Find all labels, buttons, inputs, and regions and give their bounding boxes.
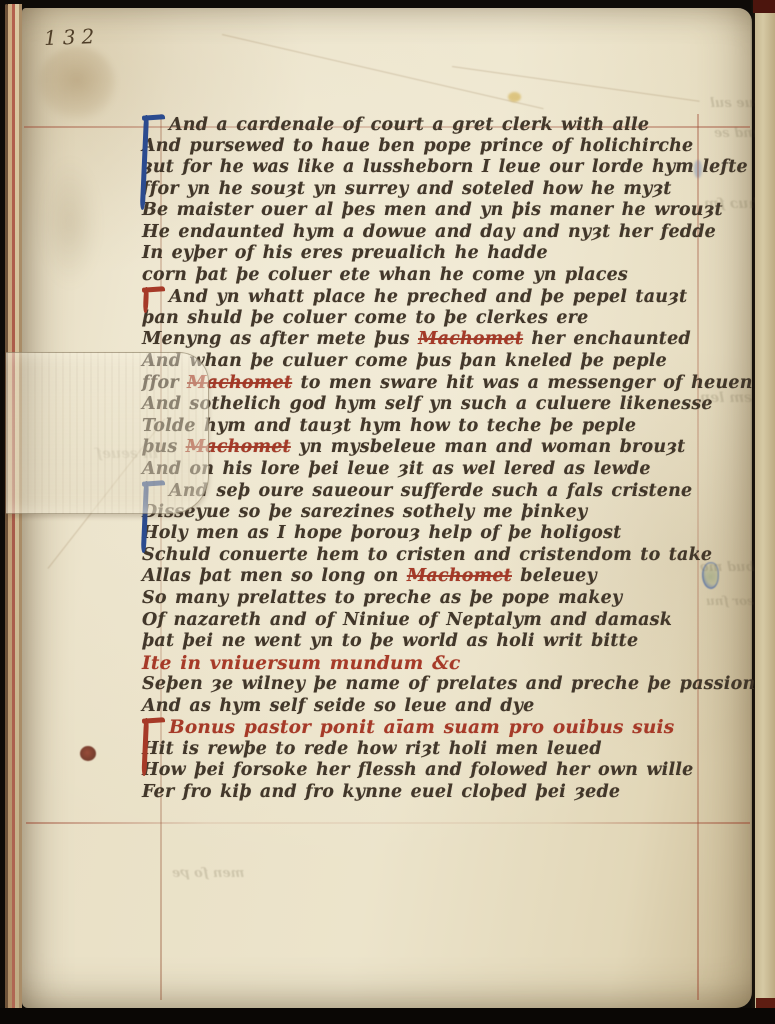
text-line: ffor Machomet to men sware hit was a mes…	[142, 373, 742, 395]
text-line: Menyng as after mete þus Machomet her en…	[142, 329, 742, 351]
rubricated-word: Bonus pastor ponit aīam suam pro ouibus …	[169, 717, 674, 738]
paraph-mark	[142, 286, 166, 302]
text-segment: corn þat þe coluer ete whan he come yn p…	[142, 265, 628, 285]
text-segment: So many prelattes to preche as þe pope m…	[142, 588, 622, 608]
text-line: And on his lore þei leue ȝit as wel lere…	[142, 459, 742, 481]
show-through-text: ƨm len	[700, 390, 752, 406]
text-segment: And sothelich god hym self yn such a cul…	[142, 394, 713, 414]
text-segment: Disseyue so þe sarezines sothely me þink…	[142, 502, 587, 522]
text-segment: Fer fro kiþ and fro kynne euel cloþed þe…	[142, 782, 620, 802]
text-line: Seþen ȝe wilney þe name of prelates and …	[142, 674, 742, 696]
facing-page-edge	[755, 0, 775, 1024]
text-line: And a cardenale of court a gret clerk wi…	[142, 114, 742, 136]
paraph-mark	[142, 114, 166, 130]
text-segment: Allas þat men so long on	[142, 566, 407, 586]
text-segment: Holy men as I hope þorouȝ help of þe hol…	[142, 523, 621, 543]
show-through-text: ƨor ſnu	[706, 594, 754, 608]
text-line: Fer fro kiþ and fro kynne euel cloþed þe…	[142, 782, 742, 804]
text-block: And a cardenale of court a gret clerk wi…	[142, 114, 742, 804]
text-line: corn þat þe coluer ete whan he come yn p…	[142, 265, 742, 287]
text-line: And pursewed to haue ben pope prince of …	[142, 136, 742, 158]
text-line: And yn whatt place he preched and þe pep…	[142, 286, 742, 308]
text-segment: Hit is rewþe to rede how riȝt holi men l…	[142, 739, 602, 759]
text-segment: ȝut for he was like a lussheborn I leue …	[142, 157, 748, 177]
text-segment: yn mysbeleue man and woman brouȝt	[291, 437, 686, 457]
text-segment: And on his lore þei leue ȝit as wel lere…	[142, 459, 651, 479]
text-line: So many prelattes to preche as þe pope m…	[142, 588, 742, 610]
text-line: And sothelich god hym self yn such a cul…	[142, 394, 742, 416]
text-line: How þei forsoke her flessh and folowed h…	[142, 760, 742, 782]
text-segment: And whan þe culuer come þus þan kneled þ…	[142, 351, 667, 371]
binding-corner-top	[753, 0, 775, 13]
stain	[38, 46, 116, 122]
parchment-fore-edge-tab	[6, 352, 209, 514]
text-segment: In eyþer of his eres preualich he hadde	[142, 243, 548, 263]
text-segment: And seþ oure saueour sufferde such a fal…	[169, 481, 692, 501]
text-line: Schuld conuerte hem to cristen and crist…	[142, 545, 742, 567]
show-through-text: bud mo	[700, 560, 755, 575]
text-segment: Be maister ouer al þes men and yn þis ma…	[142, 200, 723, 220]
text-line: Tolde hym and tauȝt hym how to teche þe …	[142, 416, 742, 438]
text-line: þan shuld þe coluer come to þe clerkes e…	[142, 308, 742, 330]
text-segment: Menyng as after mete þus	[142, 329, 418, 349]
text-segment: her enchaunted	[523, 329, 691, 349]
text-line: He endaunted hym a dowue and day and nyȝ…	[142, 222, 742, 244]
text-line: ffor yn he souȝt yn surrey and soteled h…	[142, 179, 742, 201]
text-line: þus Machomet yn mysbeleue man and woman …	[142, 437, 742, 459]
rubricated-word: Machomet	[418, 329, 523, 349]
text-segment: He endaunted hym a dowue and day and nyȝ…	[142, 222, 716, 242]
text-segment: And a cardenale of court a gret clerk wi…	[169, 115, 649, 135]
stain	[42, 158, 98, 288]
text-line: Of nazareth and of Niniue of Neptalym an…	[142, 610, 742, 632]
text-line: Disseyue so þe sarezines sothely me þink…	[142, 502, 742, 524]
text-line: Be maister ouer al þes men and yn þis ma…	[142, 200, 742, 222]
rubric-line: Ite in vniuersum mundum &c	[142, 653, 742, 675]
text-segment: þan shuld þe coluer come to þe clerkes e…	[142, 308, 588, 328]
text-segment: ffor yn he souȝt yn surrey and soteled h…	[142, 179, 672, 199]
text-segment: Tolde hym and tauȝt hym how to teche þe …	[142, 416, 636, 436]
text-line: ȝut for he was like a lussheborn I leue …	[142, 157, 742, 179]
folio-number: 132	[44, 24, 101, 50]
photo-background	[0, 1008, 775, 1024]
text-line: Holy men as I hope þorouȝ help of þe hol…	[142, 523, 742, 545]
text-segment: Seþen ȝe wilney þe name of prelates and …	[142, 674, 775, 694]
ruling-line-bottom	[26, 822, 750, 824]
text-segment: Of nazareth and of Niniue of Neptalym an…	[142, 610, 672, 630]
text-segment: And yn whatt place he preched and þe pep…	[169, 287, 687, 307]
ink-spot	[80, 746, 96, 761]
text-line: Hit is rewþe to rede how riȝt holi men l…	[142, 739, 742, 761]
show-through-text: men ſo ƿe	[172, 866, 244, 881]
text-segment: And as hym self seide so leue and dye	[142, 696, 534, 716]
text-line: And as hym self seide so leue and dye	[142, 696, 742, 718]
rubricated-word: Ite in vniuersum mundum &c	[142, 653, 460, 674]
text-line: þat þei ne went yn to þe world as holi w…	[142, 631, 742, 653]
manuscript-photo: 132 And a cardenale of court a gret cler…	[0, 0, 775, 1024]
text-segment: And pursewed to haue ben pope prince of …	[142, 136, 693, 156]
text-line: In eyþer of his eres preualich he hadde	[142, 243, 742, 265]
text-line: Allas þat men so long on Machomet beleue…	[142, 566, 742, 588]
rubric-line: Bonus pastor ponit aīam suam pro ouibus …	[142, 717, 742, 739]
text-segment: to men sware hit was a messenger of heue…	[292, 373, 752, 393]
text-line: And seþ oure saueour sufferde such a fal…	[142, 480, 742, 502]
text-segment: Schuld conuerte hem to cristen and crist…	[142, 545, 712, 565]
text-segment: þat þei ne went yn to þe world as holi w…	[142, 631, 638, 651]
text-segment: beleuey	[512, 566, 597, 586]
paraph-mark	[142, 717, 166, 733]
text-segment: How þei forsoke her flessh and folowed h…	[142, 760, 693, 780]
rubricated-word: Machomet	[407, 566, 512, 586]
text-line: And whan þe culuer come þus þan kneled þ…	[142, 351, 742, 373]
